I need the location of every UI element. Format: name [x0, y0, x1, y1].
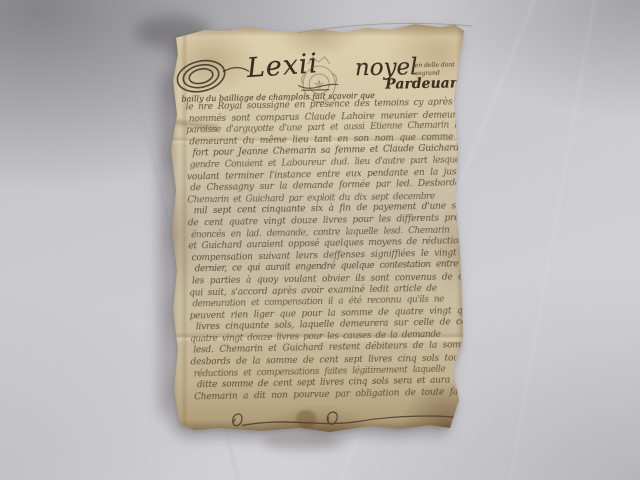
manuscript-photo: Lexii noyel en delle dont segrand bailly…	[0, 0, 640, 480]
manuscript-paper: Lexii noyel en delle dont segrand bailly…	[168, 22, 468, 438]
handwriting-layer: Lexii noyel en delle dont segrand bailly…	[164, 19, 472, 441]
stamp-overwriting-scribble	[295, 78, 341, 95]
heading-word-pardevant: Pardeuant	[385, 75, 466, 93]
signature-flourish	[219, 403, 472, 438]
manuscript-body: le nre Royal soussigné en presence des t…	[186, 97, 460, 404]
paper-sheet: Lexii noyel en delle dont segrand bailly…	[168, 22, 468, 438]
